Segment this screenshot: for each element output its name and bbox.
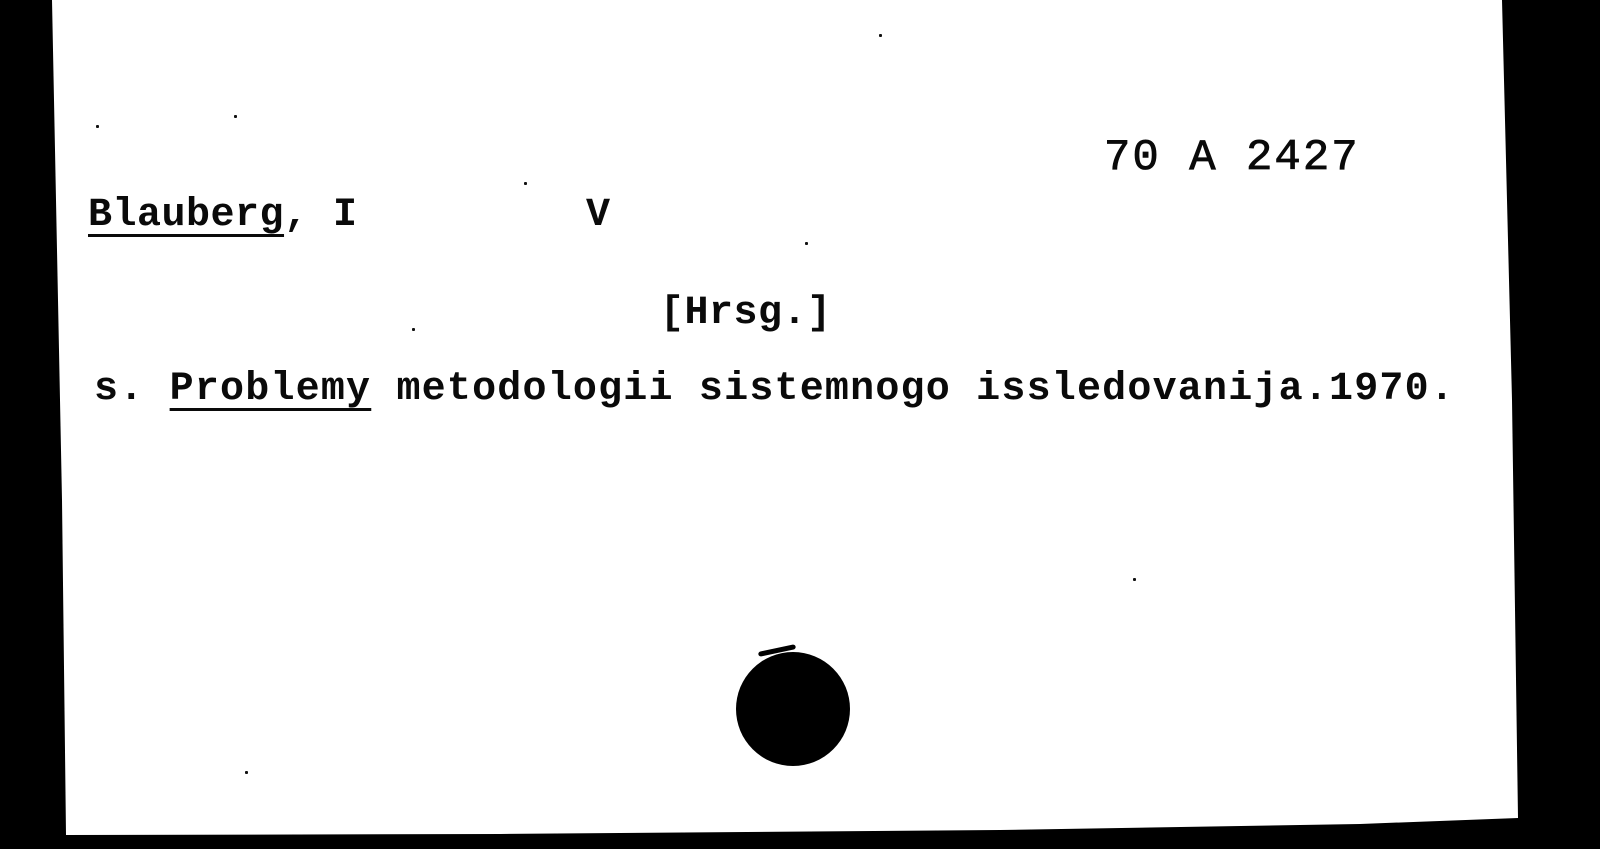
see-reference: s. Problemy metodologii sistemnogo issle… (94, 370, 1455, 410)
scan-speck (1133, 578, 1136, 581)
reference-terminator: . (1430, 367, 1455, 412)
shelfmark: 70 A 2427 (1104, 136, 1360, 180)
reference-year: 1970 (1329, 367, 1430, 412)
scan-speck (412, 328, 415, 331)
scan-speck (245, 771, 248, 774)
scan-speck (96, 125, 99, 128)
reference-title-keyword: Problemy (170, 367, 372, 412)
author-surname: Blauberg (88, 193, 284, 238)
author-heading: Blauberg, I (88, 196, 358, 236)
scan-speck (879, 34, 882, 37)
scan-speck (805, 242, 808, 245)
author-separator: , (284, 193, 333, 238)
reference-title-rest: metodologii sistemnogo issledovanija. (371, 367, 1329, 412)
reference-prefix: s. (94, 367, 170, 412)
scan-speck (524, 182, 527, 185)
scanned-card-page: 70 A 2427 Blauberg, I V [Hrsg.] s. Probl… (0, 0, 1600, 849)
scan-speck (234, 115, 237, 118)
author-initial-second: V (586, 196, 611, 236)
catalog-card: 70 A 2427 Blauberg, I V [Hrsg.] s. Probl… (0, 0, 1600, 849)
punch-hole (736, 652, 850, 766)
editor-role: [Hrsg.] (660, 294, 832, 334)
author-initial-first: I (333, 193, 358, 238)
